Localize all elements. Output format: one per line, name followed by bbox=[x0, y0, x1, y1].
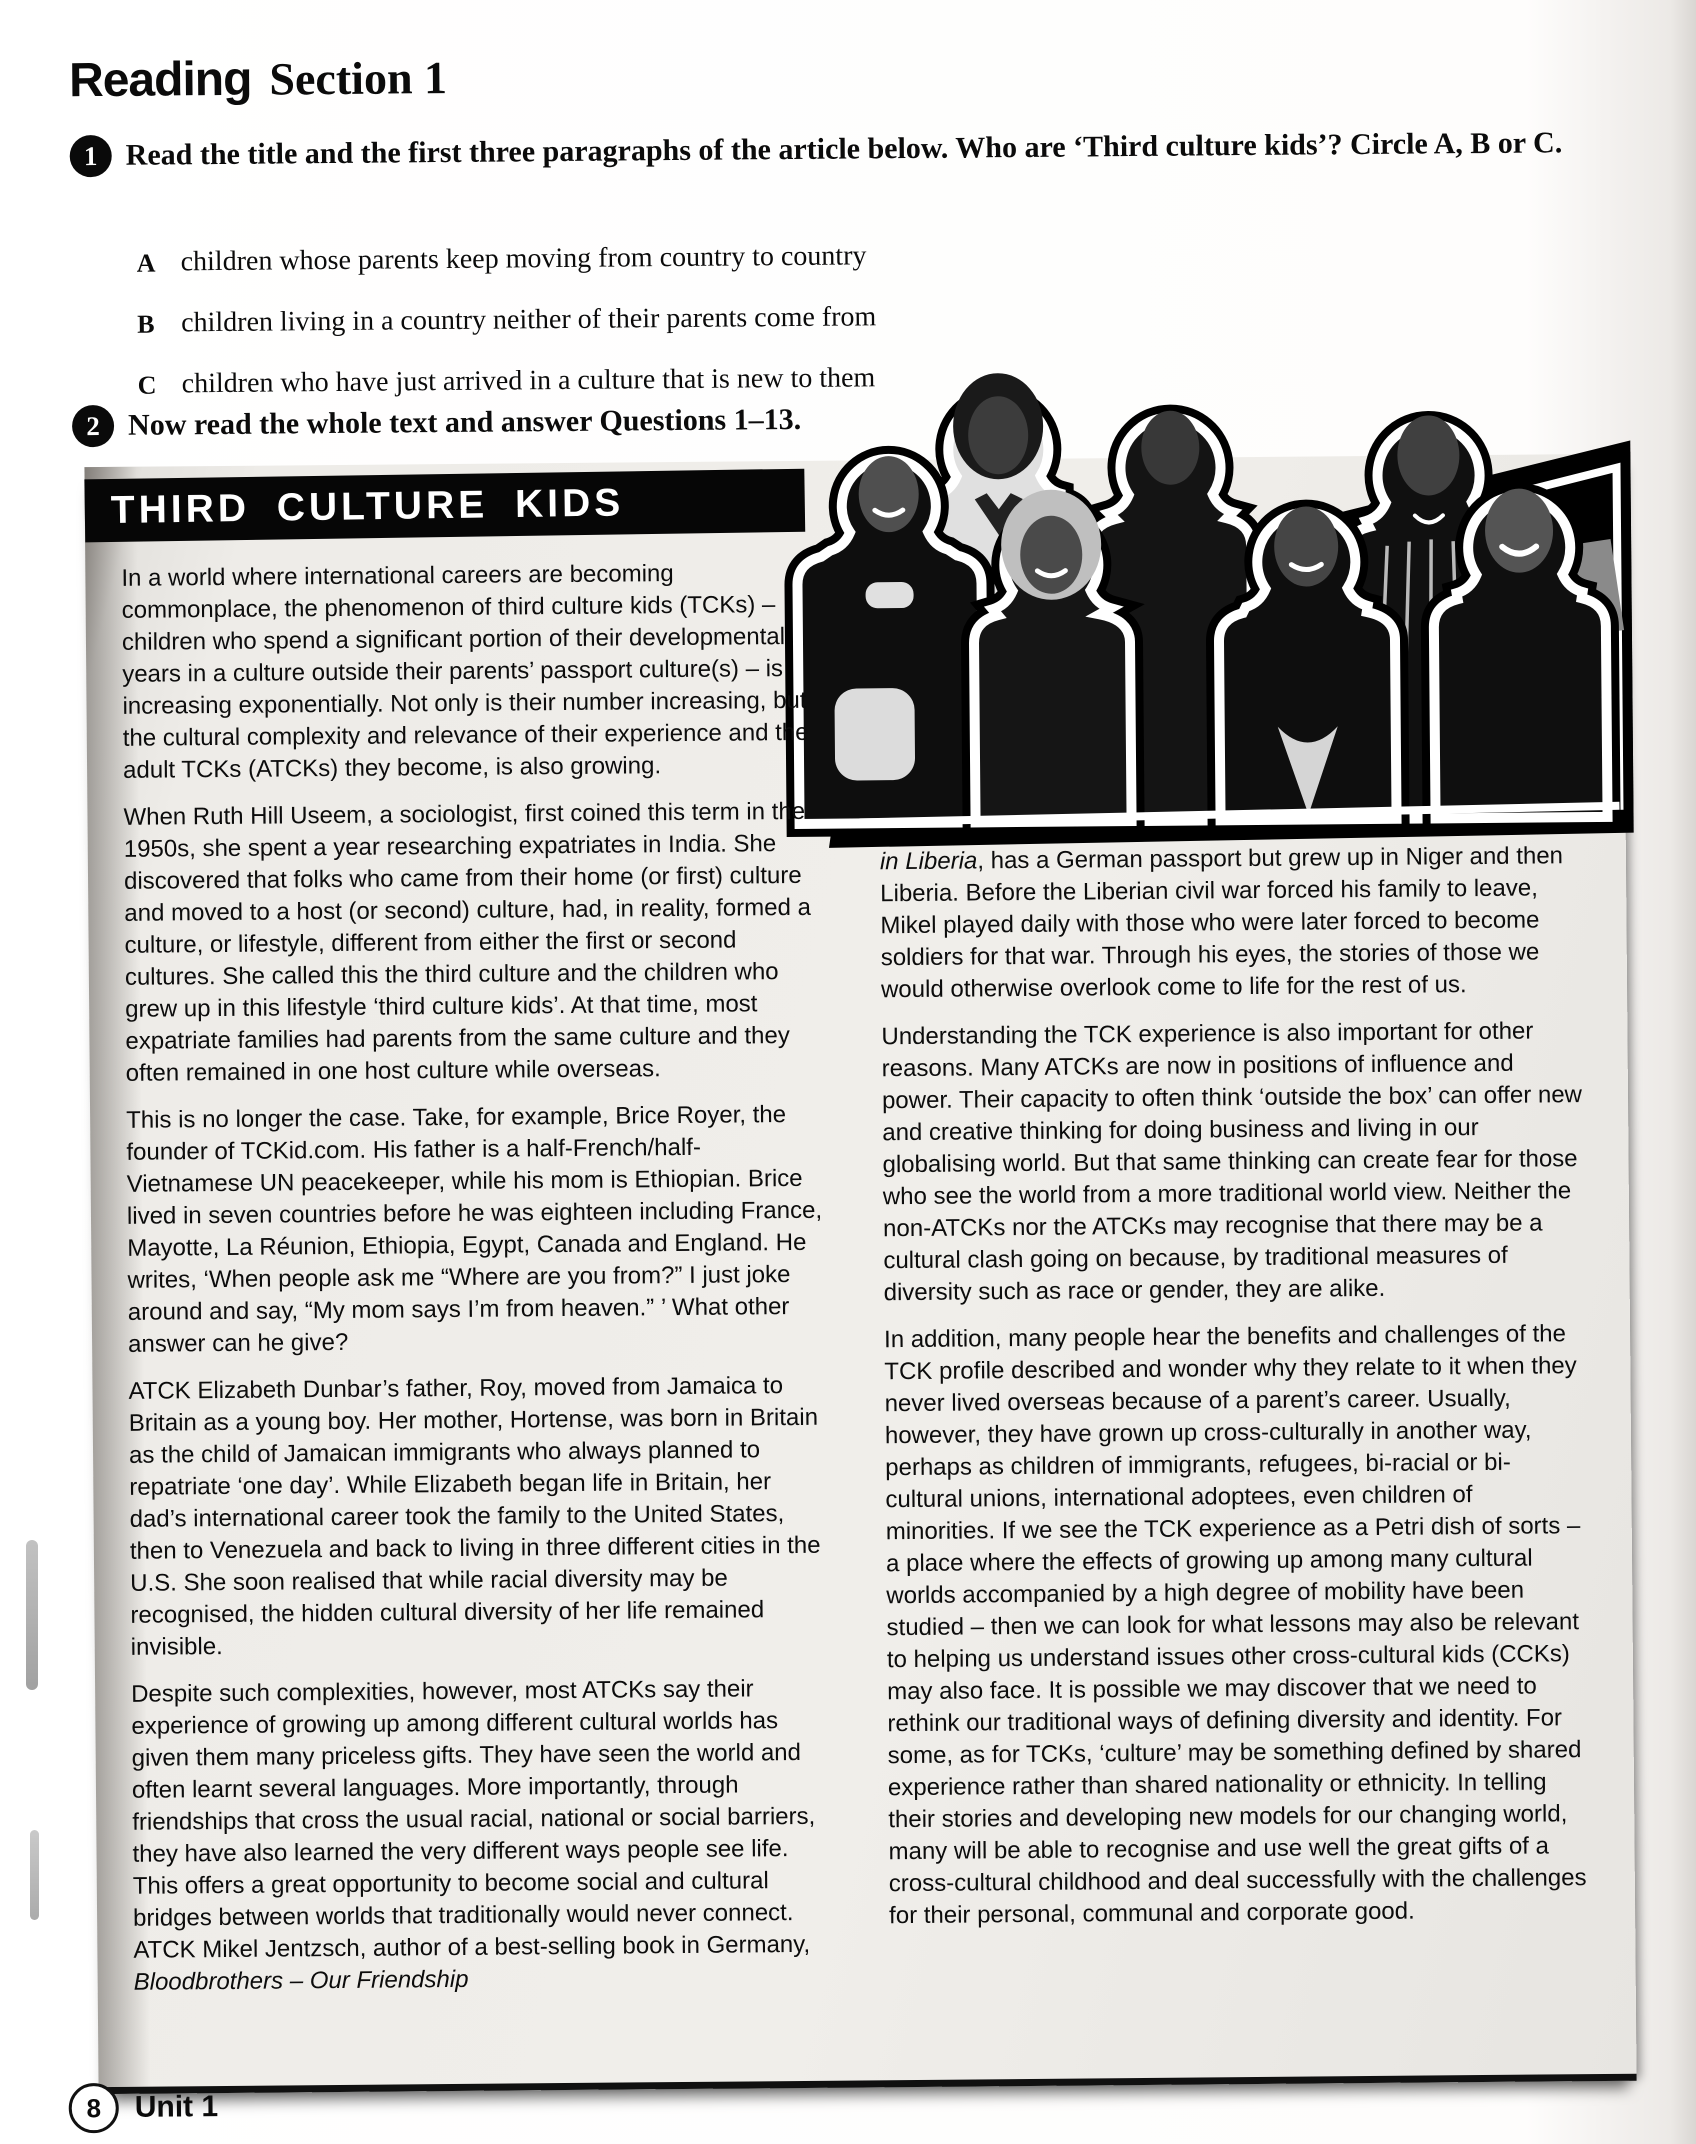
article-paragraph: This is no longer the case. Take, for ex… bbox=[126, 1099, 828, 1361]
exercise2-instruction: Now read the whole text and answer Quest… bbox=[128, 397, 801, 449]
article-paragraph: in Liberia, has a German passport but gr… bbox=[880, 840, 1583, 1006]
article: THIRD CULTURE KIDS bbox=[84, 454, 1636, 2094]
option-c-text: children who have just arrived in a cult… bbox=[182, 362, 876, 400]
article-paragraph: When Ruth Hill Useem, a sociologist, fir… bbox=[123, 796, 825, 1090]
book-title-italic: in Liberia bbox=[880, 847, 978, 875]
page-title: ReadingSection 1 bbox=[69, 50, 447, 108]
article-right-column: in Liberia, has a German passport but gr… bbox=[877, 550, 1592, 2007]
article-left-column: In a world where international careers a… bbox=[121, 557, 834, 2014]
page: ReadingSection 1 1 Read the title and th… bbox=[0, 0, 1696, 2144]
option-b-text: children living in a country neither of … bbox=[181, 301, 876, 339]
option-c-letter: C bbox=[138, 368, 182, 400]
option-c: C children who have just arrived in a cu… bbox=[138, 362, 877, 400]
article-paragraph: Understanding the TCK experience is also… bbox=[881, 1015, 1585, 1309]
article-paragraph: ATCK Elizabeth Dunbar’s father, Roy, mov… bbox=[128, 1370, 830, 1664]
page-number-badge: 8 bbox=[69, 2083, 119, 2133]
option-b: B children living in a country neither o… bbox=[137, 301, 876, 339]
page-content: ReadingSection 1 1 Read the title and th… bbox=[0, 0, 1696, 2144]
article-paragraph: Despite such complexities, however, most… bbox=[131, 1673, 834, 1999]
step-2-badge: 2 bbox=[72, 405, 114, 447]
exercise-1: 1 Read the title and the first three par… bbox=[70, 120, 1615, 180]
option-b-letter: B bbox=[137, 307, 181, 339]
option-a: A children whose parents keep moving fro… bbox=[137, 240, 876, 278]
article-title-bar: THIRD CULTURE KIDS bbox=[84, 469, 805, 543]
article-title: THIRD CULTURE KIDS bbox=[85, 481, 625, 533]
book-title-italic: Bloodbrothers – Our Friendship bbox=[134, 1966, 469, 1996]
option-a-letter: A bbox=[137, 246, 181, 278]
article-columns: In a world where international careers a… bbox=[121, 550, 1592, 2014]
article-paragraph: In addition, many people hear the benefi… bbox=[884, 1318, 1591, 1932]
page-title-section: Section 1 bbox=[269, 52, 447, 105]
unit-label: Unit 1 bbox=[135, 2090, 219, 2125]
option-a-text: children whose parents keep moving from … bbox=[181, 240, 867, 278]
exercise1-instruction: Read the title and the first three parag… bbox=[126, 120, 1563, 179]
step-1-badge: 1 bbox=[70, 135, 112, 177]
article-paragraph: In a world where international careers a… bbox=[121, 557, 823, 787]
page-footer: 8 Unit 1 bbox=[69, 2082, 219, 2133]
page-title-reading: Reading bbox=[69, 53, 252, 108]
